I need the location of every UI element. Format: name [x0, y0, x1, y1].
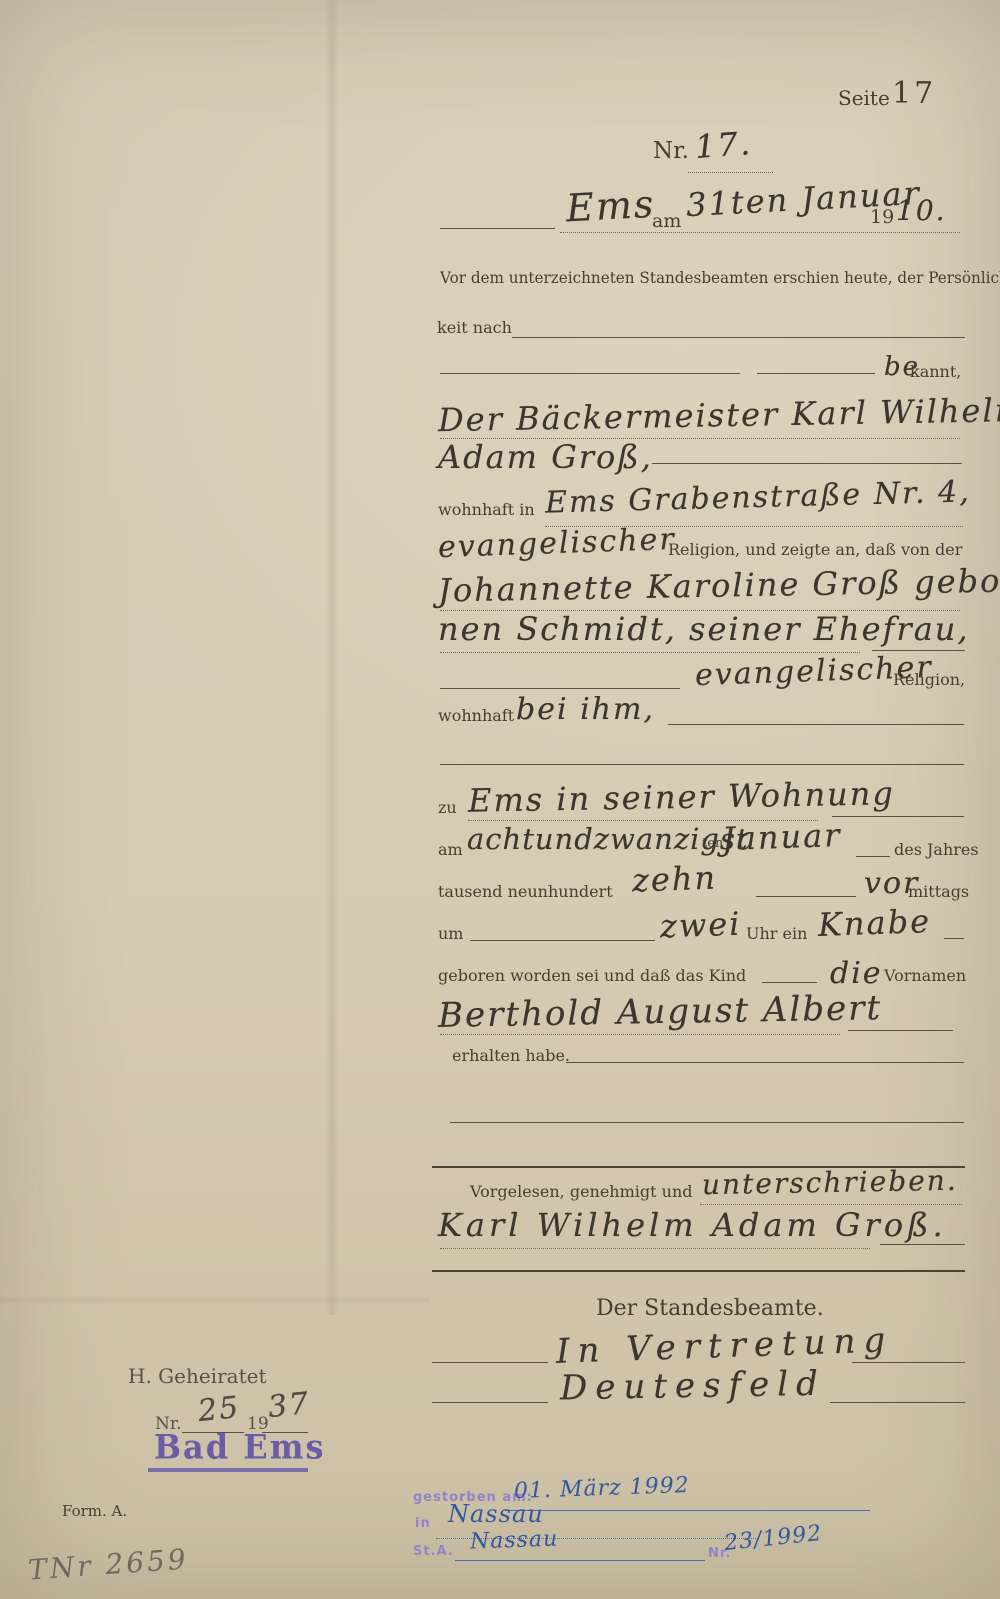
um-label: um [438, 924, 463, 943]
vertical-crease [326, 0, 338, 1315]
marriage-nr-value: 25 [196, 1390, 242, 1429]
uhr-ein-label: Uhr ein [746, 924, 807, 943]
mittags-label: mittags [908, 882, 969, 901]
am-label: am [652, 210, 681, 232]
ruled-line [830, 1402, 965, 1403]
birth-hour: zwei [659, 905, 742, 946]
residence-mother-hand: bei ihm, [516, 692, 655, 727]
wohnhaft-in-label: wohnhaft in [438, 500, 535, 519]
ruled-line [757, 373, 875, 374]
scanned-birth-record: Seite 17 Nr. 17. Ems am 31ten Januar 19 … [0, 0, 1000, 1599]
child-sex: Knabe [817, 902, 931, 944]
ruled-line [432, 1362, 548, 1363]
declarant-line2: Adam Groß, [438, 438, 653, 476]
ruled-line [566, 1062, 964, 1063]
blue-line [455, 1560, 705, 1561]
bad-ems-stamp: Bad Ems [154, 1427, 326, 1467]
birth-place: Ems in seiner Wohnung [468, 774, 895, 819]
ruled-line [440, 228, 555, 229]
zu-label: zu [438, 798, 457, 817]
mother-line2: nen Schmidt, seiner Ehefrau, [438, 610, 970, 648]
ruled-line [440, 764, 964, 765]
ruled-line [848, 1030, 953, 1031]
ruled-line [700, 1204, 962, 1205]
death-place: Nassau [448, 1500, 544, 1528]
ruled-line [440, 1034, 840, 1035]
record-place: Ems [565, 182, 656, 231]
ruled-line [440, 652, 860, 653]
intro-line1: Vor dem unterzeichneten Standesbeamten e… [440, 268, 1000, 287]
record-nr-label: Nr. [653, 138, 689, 164]
religion-father-printed: Religion, und zeigte an, daß von der [668, 540, 962, 559]
ruled-line [856, 856, 890, 857]
intro-line2: keit nach [437, 318, 512, 337]
ruled-line [762, 982, 817, 983]
wohnhaft-label: wohnhaft [438, 706, 514, 725]
vertretung-hand: In Vertretung [555, 1320, 893, 1372]
marriage-year-value: 37 [266, 1386, 312, 1425]
erhalten-label: erhalten habe. [452, 1046, 570, 1065]
stamp-underline [148, 1468, 308, 1472]
record-nr-value: 17. [694, 124, 753, 166]
ruled-line [512, 337, 965, 338]
registrar-signature: Deutesfeld [560, 1364, 827, 1409]
ruled-line [688, 172, 773, 173]
birth-year: zehn [631, 859, 717, 900]
ruled-line [440, 373, 740, 374]
form-label: Form. A. [62, 1502, 127, 1520]
residence-value: Ems Grabenstraße Nr. 4, [545, 474, 972, 520]
horizontal-crease [0, 1296, 430, 1304]
religion-mother-printed: Religion, [893, 670, 965, 689]
ruled-line [470, 940, 655, 941]
child-names: Berthold August Albert [438, 988, 883, 1036]
ruled-line [432, 1402, 548, 1403]
die-hand: die [830, 956, 883, 991]
known-printed: kannt, [910, 362, 961, 381]
ruled-line [880, 1244, 965, 1245]
unterschrieben-hand: unterschrieben. [702, 1164, 958, 1201]
death-nr-value: 23/1992 [723, 1521, 823, 1556]
ten-suffix: ten [702, 836, 723, 851]
death-sta-place: Nassau [470, 1526, 559, 1554]
vornamen-label: Vornamen [884, 966, 966, 985]
ruled-line [560, 232, 960, 233]
page-label: Seite [838, 86, 890, 110]
ruled-line [852, 1362, 965, 1363]
ruled-line [944, 938, 964, 939]
marriage-stamp-title: H. Geheiratet [128, 1364, 266, 1388]
ruled-line [668, 724, 964, 725]
pencil-archive-note: TNr 2659 [27, 1542, 190, 1586]
blue-line [505, 1510, 870, 1511]
page-number: 17 [892, 76, 936, 111]
birth-month: Januar [721, 816, 842, 858]
ruled-line [432, 1270, 965, 1272]
ruled-line [440, 1248, 870, 1249]
ruled-line [450, 1122, 964, 1123]
ruled-line [832, 816, 964, 817]
geboren-label: geboren worden sei und daß das Kind [438, 966, 746, 985]
declarant-line1: Der Bäckermeister Karl Wilhelm [438, 391, 1000, 439]
am2-label: am [438, 840, 463, 859]
year-printed: 19 [870, 206, 894, 228]
mother-line1: Johannette Karoline Groß gebore= [438, 561, 1000, 610]
death-sta-label: St.A. [413, 1544, 454, 1559]
ruled-line [440, 688, 680, 689]
religion-father-hand: evangelischer [437, 522, 676, 565]
tausend-label: tausend neunhundert [438, 882, 613, 901]
vorgelesen-label: Vorgelesen, genehmigt und [470, 1182, 693, 1201]
ruled-line [652, 463, 962, 464]
death-in-label: in [415, 1516, 431, 1531]
declarant-signature: Karl Wilhelm Adam Groß. [438, 1206, 947, 1244]
ruled-line [756, 896, 856, 897]
year-hand: 10. [896, 194, 947, 227]
registrar-title: Der Standesbeamte. [596, 1296, 824, 1321]
des-jahres-label: des Jahres [894, 840, 979, 859]
